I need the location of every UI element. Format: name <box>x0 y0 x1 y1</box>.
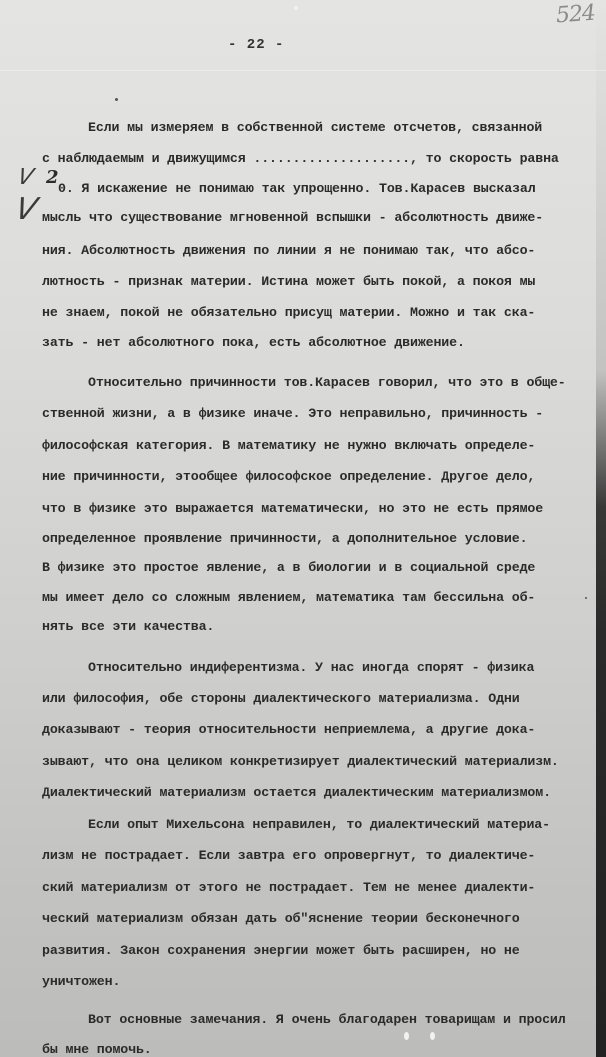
scanned-typewritten-page: 524 - 22 - V V 2 Если мы измеряем в собс… <box>0 0 606 1057</box>
scan-speck <box>585 597 587 599</box>
text-line: нять все эти качества. <box>42 616 214 638</box>
handwritten-correction: 2 <box>46 167 59 188</box>
text-line: ческий материализм обязан дать об"яснени… <box>42 908 520 930</box>
text-line: В физике это простое явление, а в биолог… <box>42 557 535 579</box>
text-line: лютность - признак материи. Истина может… <box>42 271 535 293</box>
text-line: развития. Закон сохранения энергии может… <box>42 940 520 962</box>
text-line: не знаем, покой не обязательно присущ ма… <box>42 302 535 324</box>
text-line: лизм не пострадает. Если завтра его опро… <box>42 845 535 867</box>
text-line: что в физике это выражается математическ… <box>42 498 543 520</box>
text-line: мысль что существование мгновенной вспыш… <box>42 207 543 229</box>
page-number: - 22 - <box>228 37 284 53</box>
text-line: бы мне помочь. <box>42 1039 152 1057</box>
text-line: философская категория. В математику не н… <box>42 435 535 457</box>
text-line: Диалектический материализм остается диал… <box>42 782 551 804</box>
text-line: или философия, обе стороны диалектическо… <box>42 688 520 710</box>
text-line: определенное проявление причинности, а д… <box>42 528 527 550</box>
text-line: доказывают - теория относительности непр… <box>42 719 535 741</box>
text-line: Относительно причинности тов.Карасев гов… <box>88 372 566 394</box>
text-line: с наблюдаемым и движущимся .............… <box>42 148 559 170</box>
text-line: Относительно индиферентизма. У нас иногд… <box>88 657 534 679</box>
scan-artifact-line <box>0 70 606 71</box>
text-line: мы имеет дело со сложным явлением, матем… <box>42 587 535 609</box>
scan-speck <box>294 6 298 10</box>
text-line: Если мы измеряем в собственной системе о… <box>88 117 542 139</box>
text-line: ние причинности, этообщее философское оп… <box>42 466 535 488</box>
scan-edge-shadow <box>596 0 606 1057</box>
scan-speck <box>115 98 118 101</box>
text-line: уничтожен. <box>42 971 120 993</box>
scan-speck <box>404 1032 409 1040</box>
margin-check-mark-icon: V <box>12 192 40 227</box>
margin-check-mark-icon: V <box>15 165 35 190</box>
text-line: Вот основные замечания. Я очень благодар… <box>88 1009 566 1031</box>
text-line: зывают, что она целиком конкретизирует д… <box>42 751 559 773</box>
archive-sheet-number: 524 <box>555 1 596 29</box>
text-line: 0. Я искажение не понимаю так упрощенно.… <box>58 178 536 200</box>
scan-speck <box>430 1032 435 1040</box>
text-line: ственной жизни, а в физике иначе. Это не… <box>42 403 543 425</box>
text-line: ния. Абсолютность движения по линии я не… <box>42 240 535 262</box>
text-line: зать - нет абсолютного пока, есть абсолю… <box>42 332 465 354</box>
text-line: ский материализм от этого не пострадает.… <box>42 877 535 899</box>
text-line: Если опыт Михельсона неправилен, то диал… <box>88 814 550 836</box>
